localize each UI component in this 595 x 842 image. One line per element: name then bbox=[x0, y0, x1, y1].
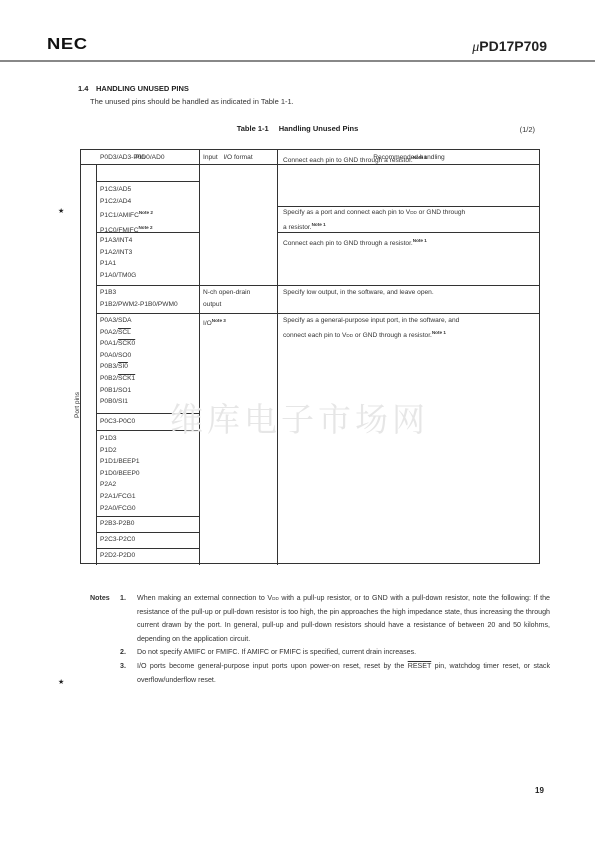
pin-name: P1A0/TM0G bbox=[100, 270, 136, 282]
handling-text-part: Specify as a port and connect each pin t… bbox=[283, 209, 410, 216]
handling-text-part: a resistor. bbox=[283, 224, 312, 231]
vdd-subscript: DD bbox=[410, 210, 417, 215]
part-number: μPD17P709 bbox=[472, 38, 547, 56]
part-number-text: PD17P709 bbox=[479, 38, 547, 54]
pin-name-text: P0B3/SI0 bbox=[100, 363, 128, 370]
nec-logo: NEC bbox=[47, 36, 88, 54]
pin-row-divider bbox=[96, 516, 199, 517]
table-caption: Table 1-1Handling Unused Pins bbox=[0, 124, 595, 133]
note-ref: Note 2 bbox=[139, 210, 153, 215]
handling-text-part: or GND through bbox=[417, 209, 465, 216]
pin-cell: P0C3-P0C0 bbox=[100, 416, 135, 428]
notes-section: Notes 1.When making an external connecti… bbox=[90, 592, 550, 687]
unused-pins-table: Pin I/O format Recommended handling Port… bbox=[80, 149, 540, 564]
vdd-subscript: DD bbox=[272, 596, 279, 601]
pin-cell: P1B3 P1B2/PWM2-P1B0/PWM0 bbox=[100, 287, 178, 310]
table-label: Table 1-1 bbox=[237, 124, 269, 133]
note-ref: Note 3 bbox=[212, 318, 226, 323]
handling-text: connect each pin to VDD or GND through a… bbox=[283, 327, 459, 342]
pin-name: P0A2/SCL bbox=[100, 327, 135, 339]
handling-specify-port: Specify as a port and connect each pin t… bbox=[283, 207, 465, 233]
handling-text: Specify as a general-purpose input port,… bbox=[283, 315, 459, 327]
io-col-divider bbox=[277, 150, 278, 565]
pin-name: P1B2/PWM2-P1B0/PWM0 bbox=[100, 299, 178, 311]
pin-name: P0B2/SCK1 bbox=[100, 373, 135, 385]
pin-name: P1A2/INT3 bbox=[100, 247, 136, 259]
pin-row-divider bbox=[96, 181, 199, 182]
section-title-text: HANDLING UNUSED PINS bbox=[96, 84, 189, 93]
pin-name: P1C2/AD4 bbox=[100, 196, 153, 208]
handling-text: a resistor.Note 1 bbox=[283, 219, 465, 234]
note-2: 2.Do not specify AMIFC or FMIFC. If AMIF… bbox=[90, 646, 550, 660]
pin-name: P0C3-P0C0 bbox=[100, 418, 135, 425]
pin-name: P1D3 bbox=[100, 433, 140, 445]
handling-connect-gnd-2: Connect each pin to GND through a resist… bbox=[283, 235, 427, 250]
pin-cell: P2C3-P2C0 bbox=[100, 534, 135, 546]
pin-name: P2B3-P2B0 bbox=[100, 520, 134, 527]
handling-text-part: connect each pin to V bbox=[283, 332, 346, 339]
handling-low-output: Specify low output, in the software, and… bbox=[283, 287, 434, 299]
pin-col-divider bbox=[199, 150, 200, 565]
note-number: 3. bbox=[120, 660, 126, 674]
revision-star-table: ★ bbox=[58, 207, 64, 215]
note-ref: Note 1 bbox=[413, 238, 427, 243]
row-divider bbox=[199, 313, 539, 314]
note-ref: Note 1 bbox=[312, 222, 326, 227]
pin-name: P0B1/SO1 bbox=[100, 385, 135, 397]
header-rule bbox=[0, 60, 595, 62]
revision-star-note: ★ bbox=[58, 678, 64, 686]
pin-name: P1D0/BEEP0 bbox=[100, 468, 140, 480]
pin-name: P0B3/SI0 bbox=[100, 361, 135, 373]
pin-name: P2A1/FCG1 bbox=[100, 491, 140, 503]
note-3: 3.I/O ports become general-purpose input… bbox=[90, 660, 550, 687]
handling-gp-input: Specify as a general-purpose input port,… bbox=[283, 315, 459, 341]
note-ref: Note 1 bbox=[432, 330, 446, 335]
page-number: 19 bbox=[535, 786, 544, 795]
handling-text: Specify as a port and connect each pin t… bbox=[283, 207, 465, 219]
reset-pin-name: RESET bbox=[408, 662, 432, 670]
handling-text: Connect each pin to GND through a resist… bbox=[283, 240, 413, 247]
io-format-text: output bbox=[203, 299, 250, 311]
pin-row-divider bbox=[96, 313, 199, 314]
note-ref: Note 2 bbox=[138, 225, 152, 230]
pin-name: P0A0/SO0 bbox=[100, 350, 135, 362]
pin-cell: P2D2-P2D0 bbox=[100, 550, 135, 562]
row-divider bbox=[199, 285, 539, 286]
pin-name: P1B3 bbox=[100, 287, 178, 299]
io-format-io: I/ONote 3 bbox=[203, 315, 226, 330]
handling-connect-gnd: Connect each pin to GND through a resist… bbox=[283, 152, 427, 167]
pin-cell: P2B3-P2B0 bbox=[100, 518, 134, 530]
pin-name: P0A1/SCK0 bbox=[100, 338, 135, 350]
pin-row-divider bbox=[96, 548, 199, 549]
table-page-indicator: (1/2) bbox=[520, 125, 535, 134]
pin-name: P1D1/BEEP1 bbox=[100, 456, 140, 468]
pin-name: P2C3-P2C0 bbox=[100, 536, 135, 543]
io-format-text: N-ch open-drain bbox=[203, 287, 250, 299]
pin-row-divider bbox=[96, 532, 199, 533]
watermark: 维库电子市场网 bbox=[170, 394, 429, 441]
pin-name: P0D3/AD3-P0D0/AD0 bbox=[100, 154, 165, 161]
pin-name-text: P0A2/SCL bbox=[100, 329, 131, 336]
handling-text: Connect each pin to GND through a resist… bbox=[283, 157, 413, 164]
pin-name: P1D2 bbox=[100, 445, 140, 457]
pin-cell: P0A3/SDA P0A2/SCL P0A1/SCK0 P0A0/SO0 P0B… bbox=[100, 315, 135, 408]
io-format-text: I/O bbox=[203, 320, 212, 327]
pin-name: P0A3/SDA bbox=[100, 315, 135, 327]
pin-cell: P1D3 P1D2 P1D1/BEEP1 P1D0/BEEP0 P2A2 P2A… bbox=[100, 433, 140, 514]
group-label-port-pins: Port pins bbox=[74, 392, 81, 418]
pin-name: P2A0/FCG0 bbox=[100, 503, 140, 515]
pin-name-text: P1C0/FMIFC bbox=[100, 227, 138, 234]
pin-name: P1C1/AMIFCNote 2 bbox=[100, 207, 153, 222]
section-body: The unused pins should be handled as ind… bbox=[90, 97, 294, 106]
pin-name-text: P0A1/SCK0 bbox=[100, 340, 135, 347]
pin-name: P1A3/INT4 bbox=[100, 235, 136, 247]
pin-name: P1C3/AD5 bbox=[100, 184, 153, 196]
table-title: Handling Unused Pins bbox=[279, 124, 359, 133]
pin-cell: P1A3/INT4 P1A2/INT3 P1A1 P1A0/TM0G bbox=[100, 235, 136, 281]
note-number: 2. bbox=[120, 646, 126, 660]
io-format-input: Input bbox=[203, 152, 218, 164]
group-col-divider bbox=[96, 164, 97, 565]
section-number: 1.4 bbox=[78, 84, 96, 93]
pin-name-text: P0B2/SCK1 bbox=[100, 375, 135, 382]
pin-row-divider bbox=[96, 285, 199, 286]
pin-cell: P0D3/AD3-P0D0/AD0 bbox=[100, 152, 165, 164]
pin-name: P2D2-P2D0 bbox=[100, 552, 135, 559]
io-format-nch: N-ch open-drain output bbox=[203, 287, 250, 310]
section-title: 1.4HANDLING UNUSED PINS bbox=[78, 84, 189, 93]
pin-name: P2A2 bbox=[100, 479, 140, 491]
pin-cell: P1C3/AD5 P1C2/AD4 P1C1/AMIFCNote 2 P1C0/… bbox=[100, 184, 153, 236]
note-1: 1.When making an external connection to … bbox=[90, 592, 550, 646]
pin-name-text: P1C1/AMIFC bbox=[100, 212, 139, 219]
note-number: 1. bbox=[120, 592, 126, 606]
note-text: Do not specify AMIFC or FMIFC. If AMIFC … bbox=[137, 648, 416, 656]
pin-name: P1A1 bbox=[100, 258, 136, 270]
note-text: When making an external connection to V bbox=[137, 594, 272, 602]
note-ref: Note 1 bbox=[413, 155, 427, 160]
pin-name: P0B0/SI1 bbox=[100, 396, 135, 408]
note-text: I/O ports become general-purpose input p… bbox=[137, 662, 408, 670]
handling-text-part: or GND through a resistor. bbox=[353, 332, 432, 339]
